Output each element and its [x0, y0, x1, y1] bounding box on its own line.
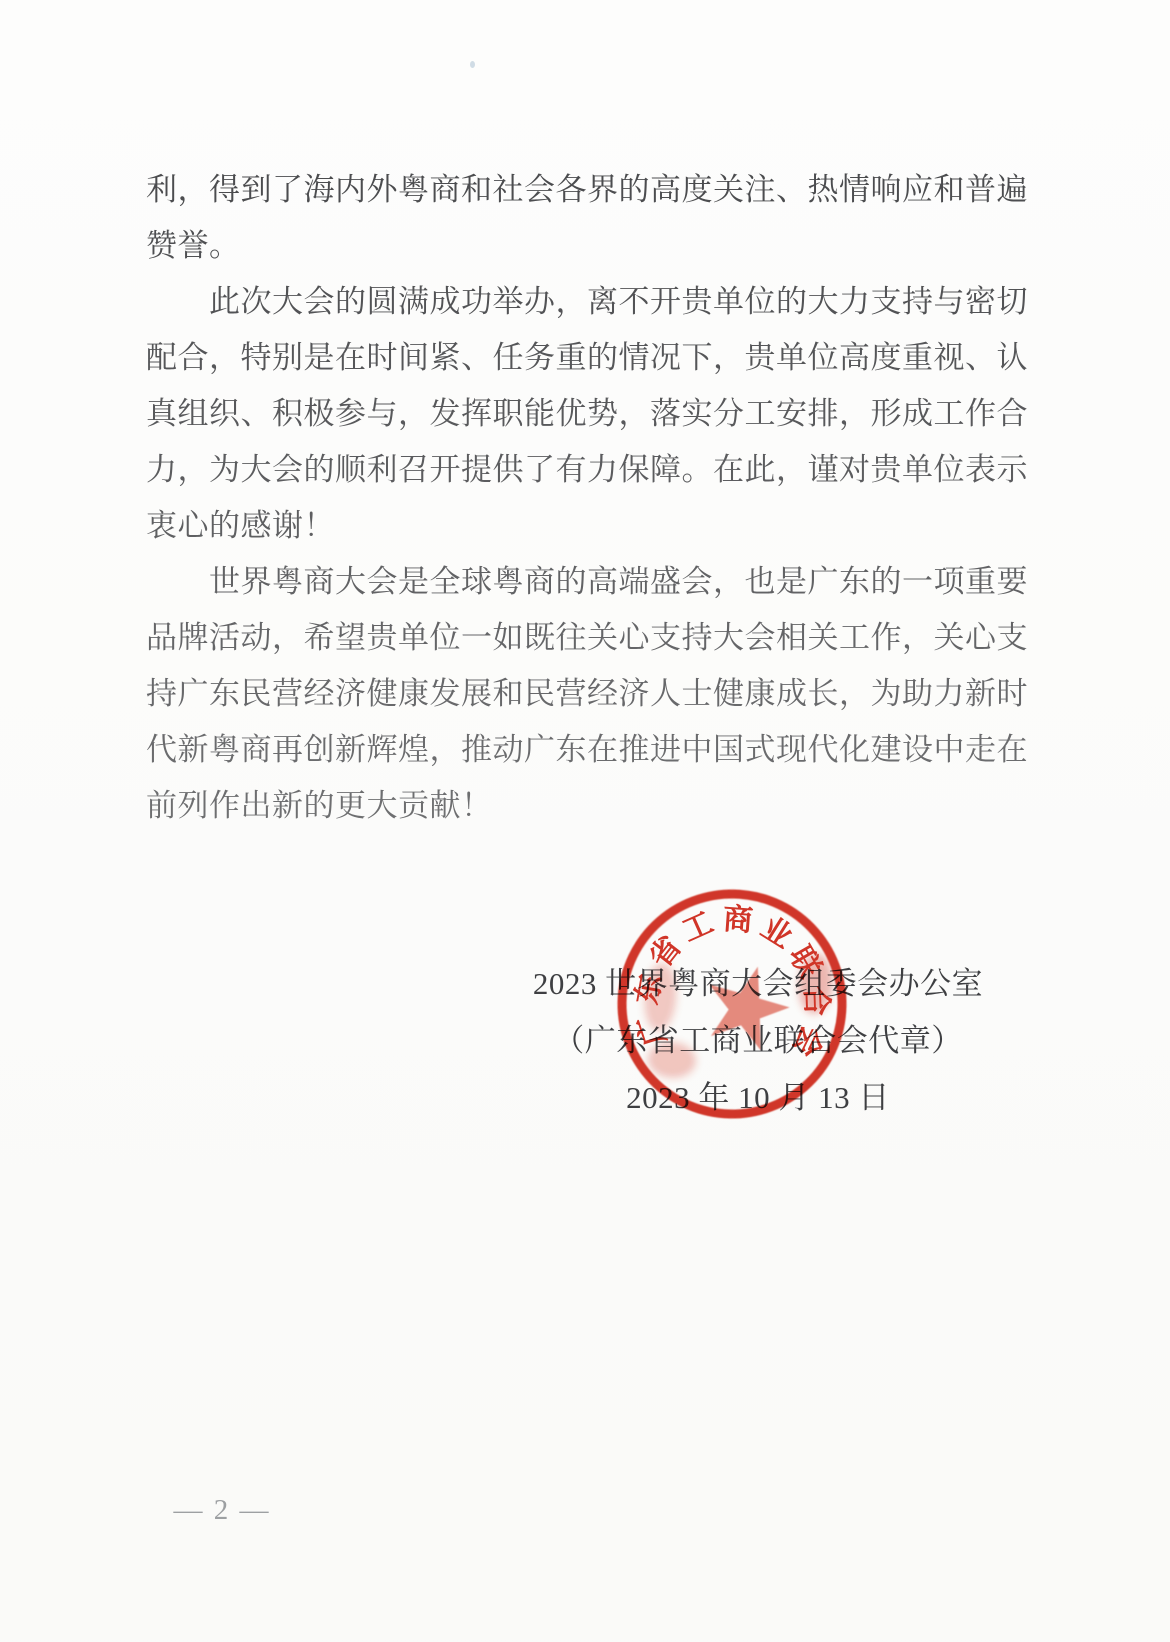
- page-number: — 2 —: [146, 1494, 298, 1527]
- body-line: 品牌活动，希望贵单位一如既往关心支持大会相关工作，关心支: [146, 610, 1030, 666]
- seal-character: 工: [677, 906, 718, 948]
- signature-block: 2023 世界粤商大会组委会办公室 （广东省工商业联合会代章） 2023 年 1…: [402, 955, 1114, 1126]
- body-line: 持广东民营经济健康发展和民营经济人士健康成长，为助力新时: [146, 666, 1030, 722]
- body-text: 利，得到了海内外粤商和社会各界的高度关注、热情响应和普遍赞誉。此次大会的圆满成功…: [146, 162, 1030, 834]
- signature-date: 2023 年 10 月 13 日: [402, 1069, 1114, 1126]
- body-line: 世界粤商大会是全球粤商的高端盛会，也是广东的一项重要: [146, 554, 1030, 610]
- seal-character: 业: [755, 911, 798, 955]
- signature-org-line: 2023 世界粤商大会组委会办公室: [402, 955, 1114, 1012]
- body-line: 配合，特别是在时间紧、任务重的情况下，贵单位高度重视、认: [146, 330, 1030, 386]
- document-page: 利，得到了海内外粤商和社会各界的高度关注、热情响应和普遍赞誉。此次大会的圆满成功…: [0, 0, 1170, 1642]
- scan-speck: [470, 61, 475, 68]
- body-line: 衷心的感谢！: [146, 498, 1030, 554]
- body-line: 此次大会的圆满成功举办，离不开贵单位的大力支持与密切: [146, 274, 1030, 330]
- body-line: 力，为大会的顺利召开提供了有力保障。在此，谨对贵单位表示: [146, 442, 1030, 498]
- body-line: 前列作出新的更大贡献！: [146, 778, 1030, 834]
- seal-character: 商: [722, 902, 754, 938]
- body-line: 真组织、积极参与，发挥职能优势，落实分工安排，形成工作合: [146, 386, 1030, 442]
- signature-seal-note: （广东省工商业联合会代章）: [402, 1012, 1114, 1069]
- body-line: 代新粤商再创新辉煌，推动广东在推进中国式现代化建设中走在: [146, 722, 1030, 778]
- body-line: 赞誉。: [146, 218, 1030, 274]
- body-line: 利，得到了海内外粤商和社会各界的高度关注、热情响应和普遍: [146, 162, 1030, 218]
